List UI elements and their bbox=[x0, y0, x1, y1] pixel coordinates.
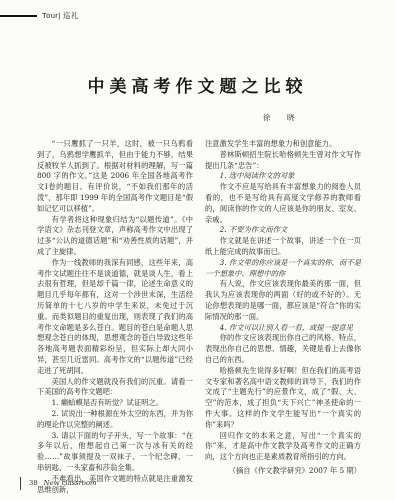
right-column: 注意激发学生丰富的想象力和创意能力。 普林斯顿招生院长哈格顿先生曾对作文写作提出… bbox=[205, 139, 361, 495]
essay-topic-item: 3. 请以下面的句子开头，写一个故事：“在多年以后，他想起自己第一次与冰有关的经… bbox=[37, 431, 193, 474]
paragraph: 回归作文的本来之意，写出“一个真实的你”来，才是高中作文教学及高考作文的正确方向… bbox=[205, 431, 361, 463]
paragraph: 作文就是在讲述一个故事，讲述一个在一页纸上能完成的故事而已。 bbox=[205, 236, 361, 258]
advice-heading: 1. 选中阅读作文的对象 bbox=[205, 171, 361, 182]
left-column: “一只鹰抓了一只羊，这时，被一只乌鸦看到了，乌鸦想学鹰抓羊，但由于能力不够，结果… bbox=[37, 139, 193, 495]
header-rule bbox=[0, 15, 37, 17]
paragraph: “一只鹰抓了一只羊，这时，被一只乌鸦看到了，乌鸦想学鹰抓羊，但由于能力不够，结果… bbox=[37, 139, 193, 215]
paragraph: 有人说，作文应该表现你最美的那一面，但我认为应该表现你的两面（好的或不好的）。无… bbox=[205, 279, 361, 322]
author-name: 徐 晓 bbox=[263, 112, 301, 123]
paragraph: 作为一线教师的我深有同感，这些年来，高考作文试题往往不是谈道德，就是谈人生，看上… bbox=[37, 258, 193, 377]
paragraph: 美国人的作文题就没有我们的沉重。请看一下美国的高考作文题吧： bbox=[37, 377, 193, 399]
essay-topic-item: 2. 试说出一种根源在外太空的东西，并为你的理论作以完整的阐述。 bbox=[37, 409, 193, 431]
paragraph-continuation: 注意激发学生丰富的想象力和创意能力。 bbox=[205, 139, 361, 150]
page-footer: 38 New classroom bbox=[20, 477, 97, 490]
source-citation: （摘自《作文教学研究》2007 年 5 期） bbox=[205, 466, 361, 477]
paragraph: 普林斯顿招生院长哈格顿先生曾对作文写作提出几条“忠告”： bbox=[205, 150, 361, 172]
section-tag: Tour| 巡礼 bbox=[42, 10, 79, 21]
essay-topic-item: 1. 癞蛤蟆是否有听觉？试证明之。 bbox=[37, 398, 193, 409]
advice-heading: 3. 作文里的你应该是一个真实的你，而不是一个想象中、理想中的你 bbox=[205, 258, 361, 280]
journal-name: New classroom bbox=[44, 479, 97, 487]
magazine-page: Tour| 巡礼 中美高考作文题之比较 徐 晓 “一只鹰抓了一只羊，这时，被一只… bbox=[0, 0, 395, 500]
page-header: Tour| 巡礼 bbox=[0, 10, 79, 21]
paragraph: 哈格顿先生说得多好啊！但在我们的高考语文专家和著名高中语文教师的训导下，我们的作… bbox=[205, 366, 361, 431]
advice-heading: 2. 不要为作文而作文 bbox=[205, 225, 361, 236]
page-number: 38 bbox=[29, 479, 38, 487]
paragraph: 你的作文应该表现出你自己的风格、特点，表现出你自己的思想、情趣，关键是看上去像你… bbox=[205, 333, 361, 365]
paragraph: 有学者将这种现象归结为“以题传道”。《中学语文》杂志刊登文章，声称高考作文中出现… bbox=[37, 215, 193, 258]
paragraph: 作文不应是写给具有丰富想象力的阅卷人员看的，也不是写给具有高度文学修养的教师看的… bbox=[205, 182, 361, 225]
article-title: 中美高考作文题之比较 bbox=[0, 72, 395, 97]
advice-heading: 4. 作文可以让别人看一看，或提一提意见 bbox=[205, 323, 361, 334]
article-body: “一只鹰抓了一只羊，这时，被一只乌鸦看到了，乌鸦想学鹰抓羊，但由于能力不够，结果… bbox=[37, 139, 361, 495]
